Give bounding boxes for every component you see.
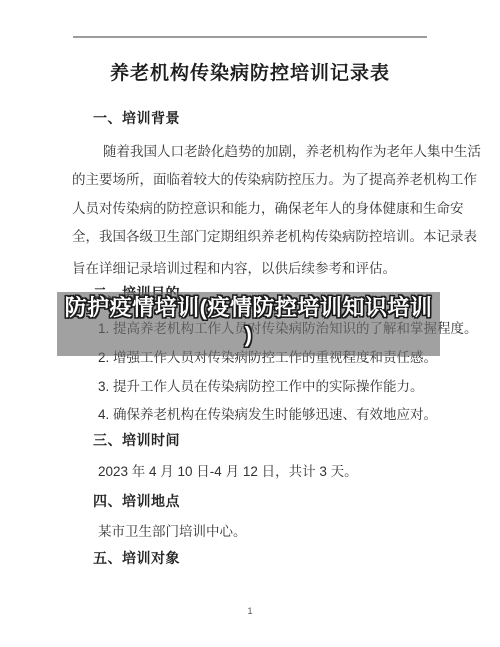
watermark-banner: 防护疫情培训(疫情防控培训知识培训 ): [57, 292, 440, 356]
page-number: 1: [0, 606, 500, 616]
page-title: 养老机构传染病防控培训记录表: [0, 58, 500, 85]
paragraph-line: 旨在详细记录培训过程和内容，以供后续参考和评估。: [72, 257, 432, 277]
training-location: 某市卫生部门培训中心。: [72, 520, 458, 540]
list-item: 4. 确保养老机构在传染病发生时能够迅速、有效地应对。: [72, 403, 458, 423]
paragraph-line: 的主要场所，面临着较大的传染病防控压力。为了提高养老机构工作: [72, 168, 432, 188]
section-heading-3: 三、培训时间: [72, 430, 453, 450]
watermark-text-line2: ): [57, 321, 440, 348]
document-page: 养老机构传染病防控培训记录表 一、培训背景 随着我国人口老龄化趋势的加剧，养老机…: [0, 0, 500, 647]
paragraph-line: 全，我国各级卫生部门定期组织养老机构传染病防控培训。本记录表: [72, 225, 432, 245]
section-heading-5: 五、培训对象: [72, 548, 453, 568]
training-date: 2023 年 4 月 10 日-4 月 12 日，共计 3 天。: [72, 460, 458, 480]
paragraph-line: 人员对传染病的防控意识和能力，确保老年人的身体健康和生命安: [72, 197, 432, 217]
section-heading-1: 一、培训背景: [72, 108, 453, 128]
watermark-text-line1: 防护疫情培训(疫情防控培训知识培训: [57, 294, 440, 321]
section-heading-4: 四、培训地点: [72, 491, 453, 511]
list-item: 3. 提升工作人员在传染病防控工作中的实际操作能力。: [72, 375, 458, 395]
header-rule: [73, 36, 427, 38]
paragraph-line: 随着我国人口老龄化趋势的加剧，养老机构作为老年人集中生活: [72, 140, 463, 160]
